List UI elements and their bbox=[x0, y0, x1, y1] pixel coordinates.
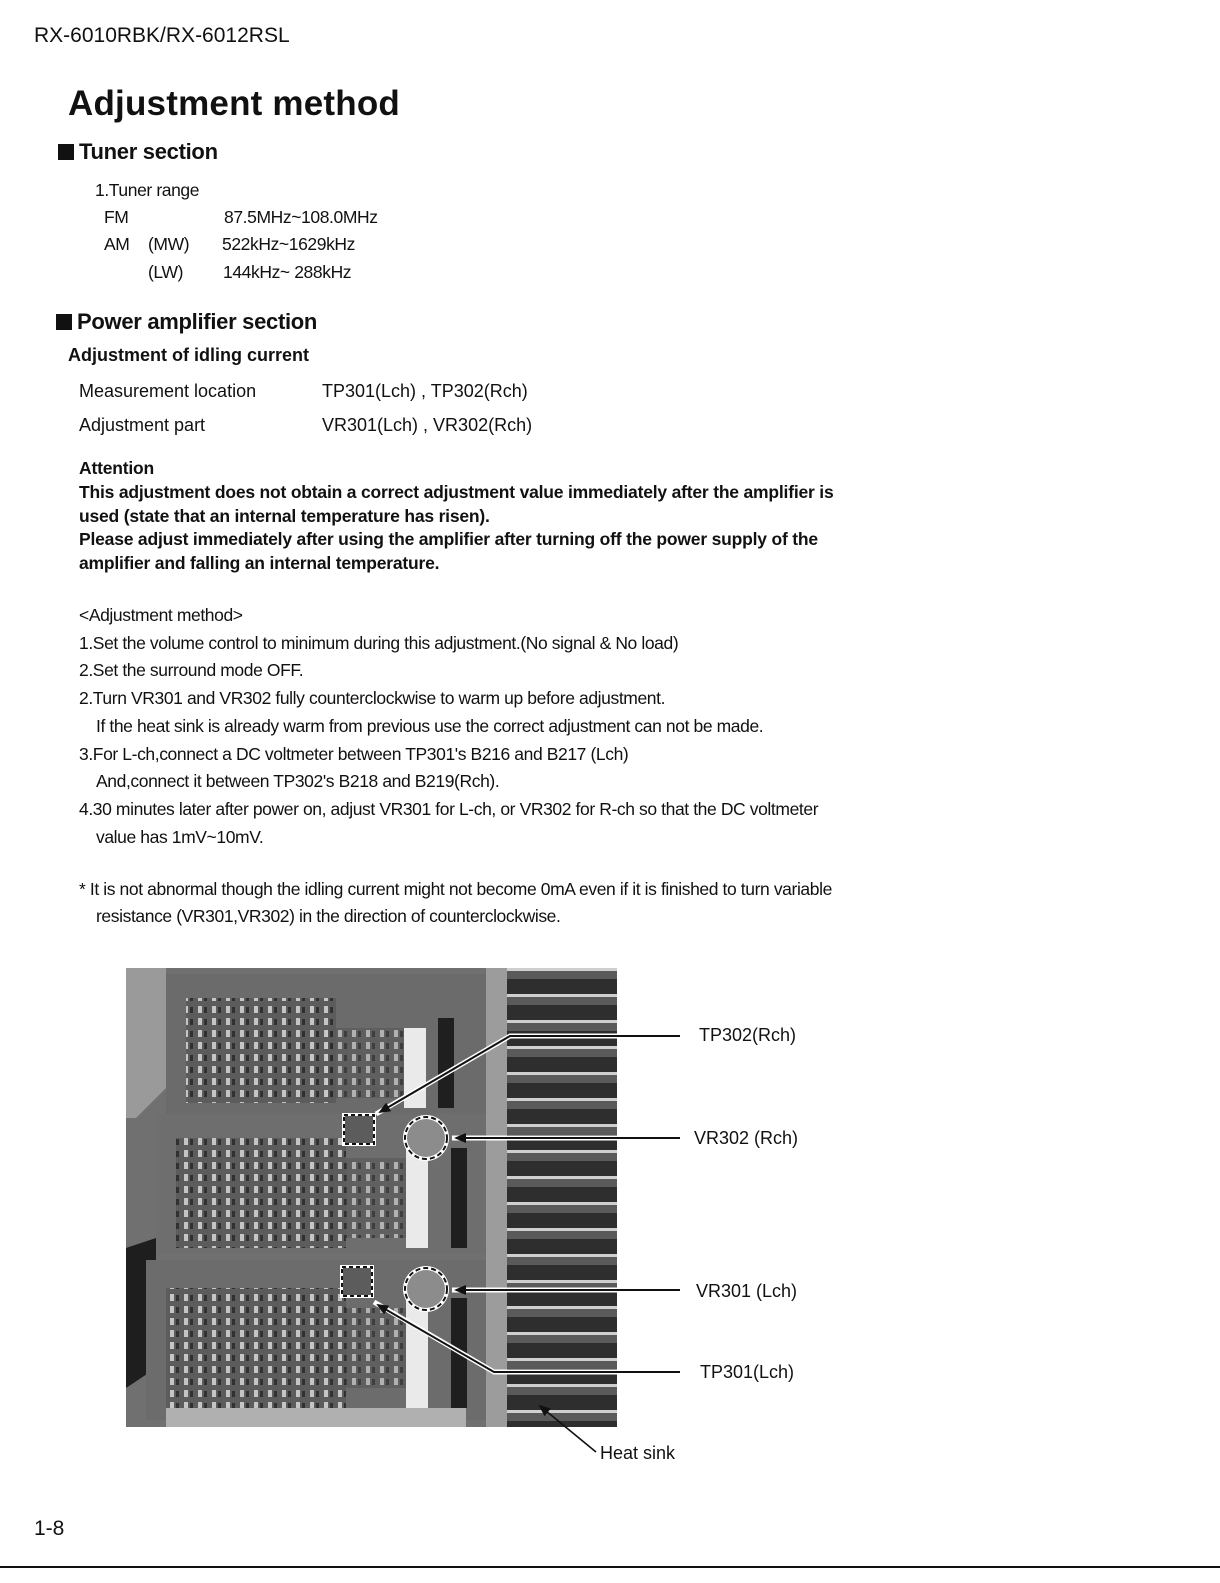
callout-lines bbox=[0, 0, 1220, 1583]
callout-heat-sink: Heat sink bbox=[600, 1443, 675, 1464]
callout-tp302: TP302(Rch) bbox=[699, 1025, 796, 1046]
page-number: 1-8 bbox=[34, 1517, 64, 1541]
callout-vr302: VR302 (Rch) bbox=[694, 1128, 798, 1149]
bottom-rule bbox=[0, 1566, 1220, 1568]
callout-vr301: VR301 (Lch) bbox=[696, 1281, 797, 1302]
callout-tp301: TP301(Lch) bbox=[700, 1362, 794, 1383]
